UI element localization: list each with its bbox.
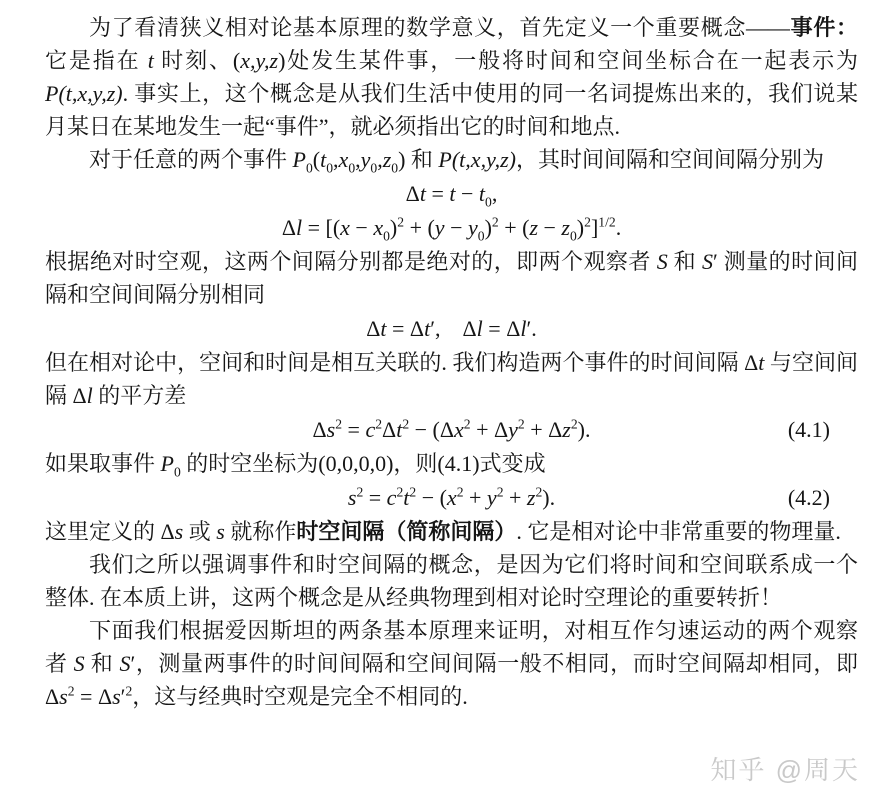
equation-number: (4.1) — [788, 413, 830, 446]
paragraph: 但在相对论中，空间和时间是相互关联的. 我们构造两个事件的时间间隔 Δt 与空间… — [45, 346, 858, 412]
paragraph: 下面我们根据爱因斯坦的两条基本原理来证明，对相互作匀速运动的两个观察者 S 和 … — [45, 614, 858, 713]
equation: s2 = c2t2 − (x2 + y2 + z2).(4.2) — [45, 481, 858, 514]
equation: Δt = t − t0, — [45, 177, 858, 210]
watermark: 知乎 @周天 — [710, 750, 860, 787]
equation-number: (4.2) — [788, 481, 830, 514]
paragraph: 这里定义的 Δs 或 s 就称作时空间隔（简称间隔）. 它是相对论中非常重要的物… — [45, 515, 858, 548]
document-page: 为了看清狭义相对论基本原理的数学意义，首先定义一个重要概念——事件：它是指在 t… — [0, 0, 876, 797]
paragraph: 如果取事件 P0 的时空坐标为(0,0,0,0)，则(4.1)式变成 — [45, 447, 858, 480]
document-body: 为了看清狭义相对论基本原理的数学意义，首先定义一个重要概念——事件：它是指在 t… — [0, 0, 876, 713]
paragraph: 我们之所以强调事件和时空间隔的概念，是因为它们将时间和空间联系成一个整体. 在本… — [45, 548, 858, 614]
paragraph: 为了看清狭义相对论基本原理的数学意义，首先定义一个重要概念——事件：它是指在 t… — [45, 11, 858, 143]
paragraph: 对于任意的两个事件 P0(t0,x0,y0,z0) 和 P(t,x,y,z)，其… — [45, 143, 858, 176]
paragraph: 根据绝对时空观，这两个间隔分别都是绝对的，即两个观察者 S 和 S′ 测量的时间… — [45, 245, 858, 311]
equation: Δl = [(x − x0)2 + (y − y0)2 + (z − z0)2]… — [45, 211, 858, 244]
equation: Δs2 = c2Δt2 − (Δx2 + Δy2 + Δz2).(4.1) — [45, 413, 858, 446]
equation: Δt = Δt′, Δl = Δl′. — [45, 312, 858, 345]
